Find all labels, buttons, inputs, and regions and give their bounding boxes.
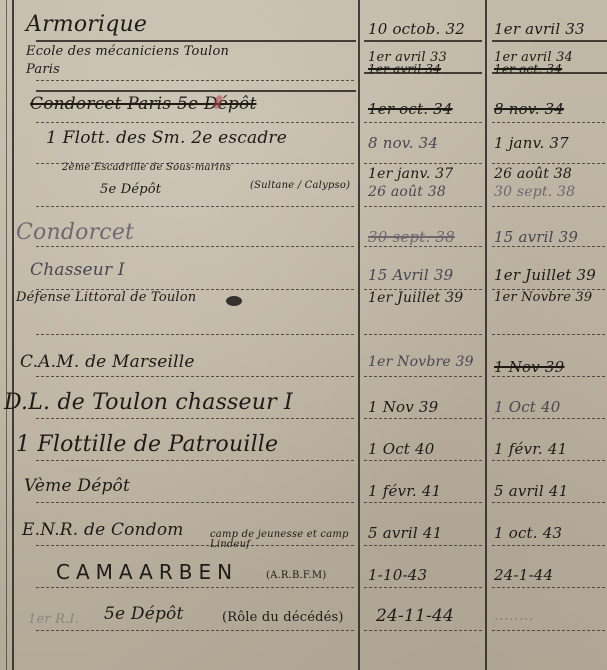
row-rule [364,587,482,588]
row-14-to: 1 oct. 43 [494,524,562,542]
row-7-to: 15 avril 39 [494,228,578,246]
row-rule [36,206,356,207]
row-rule [36,246,356,247]
row-11-from: 1 Nov 39 [368,398,438,416]
row-16-prefix: 1er R.I. [28,612,79,627]
row-rule [364,630,482,631]
row-rule [492,418,607,419]
row-6-to: 30 sept. 38 [494,184,575,200]
row-rule [36,80,356,81]
row-10-to: 1 Nov 39 [494,358,564,376]
row-16-to: ........ [494,606,534,624]
column-divider-from [358,0,360,670]
row-7-unit: Condorcet [16,220,134,245]
service-record-page: Armorique 10 octob. 32 1er avril 33 Ecol… [0,0,607,670]
row-rule [36,90,356,92]
row-7-from: 30 sept. 38 [368,228,455,246]
row-13-from: 1 févr. 41 [368,482,441,500]
row-4-to: 1 janv. 37 [494,134,569,152]
row-13-to: 5 avril 41 [494,482,568,500]
row-rule [492,460,607,461]
row-9-unit: Défense Littoral de Toulon [16,290,196,305]
row-rule [36,502,356,503]
left-margin-line [6,0,7,670]
row-rule [492,502,607,503]
row-rule [364,122,482,123]
row-8-to: 1er Juillet 39 [494,266,596,284]
row-rule [492,206,607,207]
row-10-unit: C.A.M. de Marseille [20,352,195,372]
row-10-from: 1er Novbre 39 [368,354,474,370]
row-rule [492,246,607,247]
row-2-unit: Paris [26,62,60,77]
row-rule [492,163,607,164]
row-12-from: 1 Oct 40 [368,440,435,458]
row-rule [364,40,482,42]
row-rule [364,334,482,335]
row-rule [36,630,356,631]
row-15-unit: CAMAARBEN [56,560,238,584]
row-rule [364,502,482,503]
row-8-unit: Chasseur I [30,260,125,280]
row-15-to: 24-1-44 [494,566,553,584]
row-rule [364,418,482,419]
row-13-unit: Vème Dépôt [24,476,130,496]
row-3-to: 8 nov. 34 [494,100,564,118]
row-rule [364,376,482,377]
row-5-unit: 2ème Escadrille de Sous-marins [62,162,231,173]
row-0-to: 1er avril 33 [494,20,585,38]
row-4-unit: 1 Flott. des Sm. 2e escadre [46,128,287,148]
row-rule [36,40,356,42]
row-6-from: 26 août 38 [368,184,446,200]
row-12-unit: 1 Flottille de Patrouille [16,432,278,457]
row-rule [492,587,607,588]
row-5-from: 1er janv. 37 [368,166,453,182]
row-rule [364,460,482,461]
row-16-note: (Rôle du décédés) [222,610,344,625]
row-1-unit: Ecole des mécaniciens Toulon [26,44,229,59]
row-rule [492,334,607,335]
row-14-unit: E.N.R. de Condom [22,520,184,540]
row-rule [492,545,607,546]
row-rule [364,246,482,247]
row-9-to: 1er Novbre 39 [494,290,592,305]
row-2-from: 1er avril 34 [368,62,441,76]
left-border-line [12,0,14,670]
row-15-note: (A.R.B.F.M) [266,570,326,581]
row-0-unit: Armorique [26,12,147,37]
row-8-from: 15 Avril 39 [368,266,453,284]
row-11-to: 1 Oct 40 [494,398,561,416]
row-rule [36,460,356,461]
row-16-from: 24-11-44 [376,606,454,626]
row-11-unit: D.L. de Toulon chasseur I [4,390,293,415]
row-0-from: 10 octob. 32 [368,20,465,38]
row-rule [492,630,607,631]
row-rule [364,163,482,164]
row-rule [36,418,356,419]
row-rule [36,122,356,123]
row-3-from: 1er oct. 34 [368,100,453,118]
row-16-unit: 5e Dépôt [104,604,184,624]
row-rule [36,334,356,335]
row-6-unit: 5e Dépôt [100,182,161,197]
column-divider-to [485,0,487,670]
row-rule [36,587,356,588]
row-rule [364,206,482,207]
row-5-to: 26 août 38 [494,166,572,182]
row-15-from: 1-10-43 [368,566,427,584]
row-12-to: 1 févr. 41 [494,440,567,458]
row-rule [492,122,607,123]
row-14-note: camp de jeunesse et camp Lindeuf [210,530,355,550]
row-6-note: (Sultane / Calypso) [250,180,350,191]
row-rule [492,376,607,377]
ink-smudge [226,296,242,306]
row-2-to: 1er oct. 34 [494,62,562,76]
row-14-from: 5 avril 41 [368,524,442,542]
row-9-from: 1er Juillet 39 [368,290,463,306]
row-rule [364,545,482,546]
row-rule [36,376,356,377]
row-rule [492,40,607,42]
row-4-from: 8 nov. 34 [368,134,438,152]
